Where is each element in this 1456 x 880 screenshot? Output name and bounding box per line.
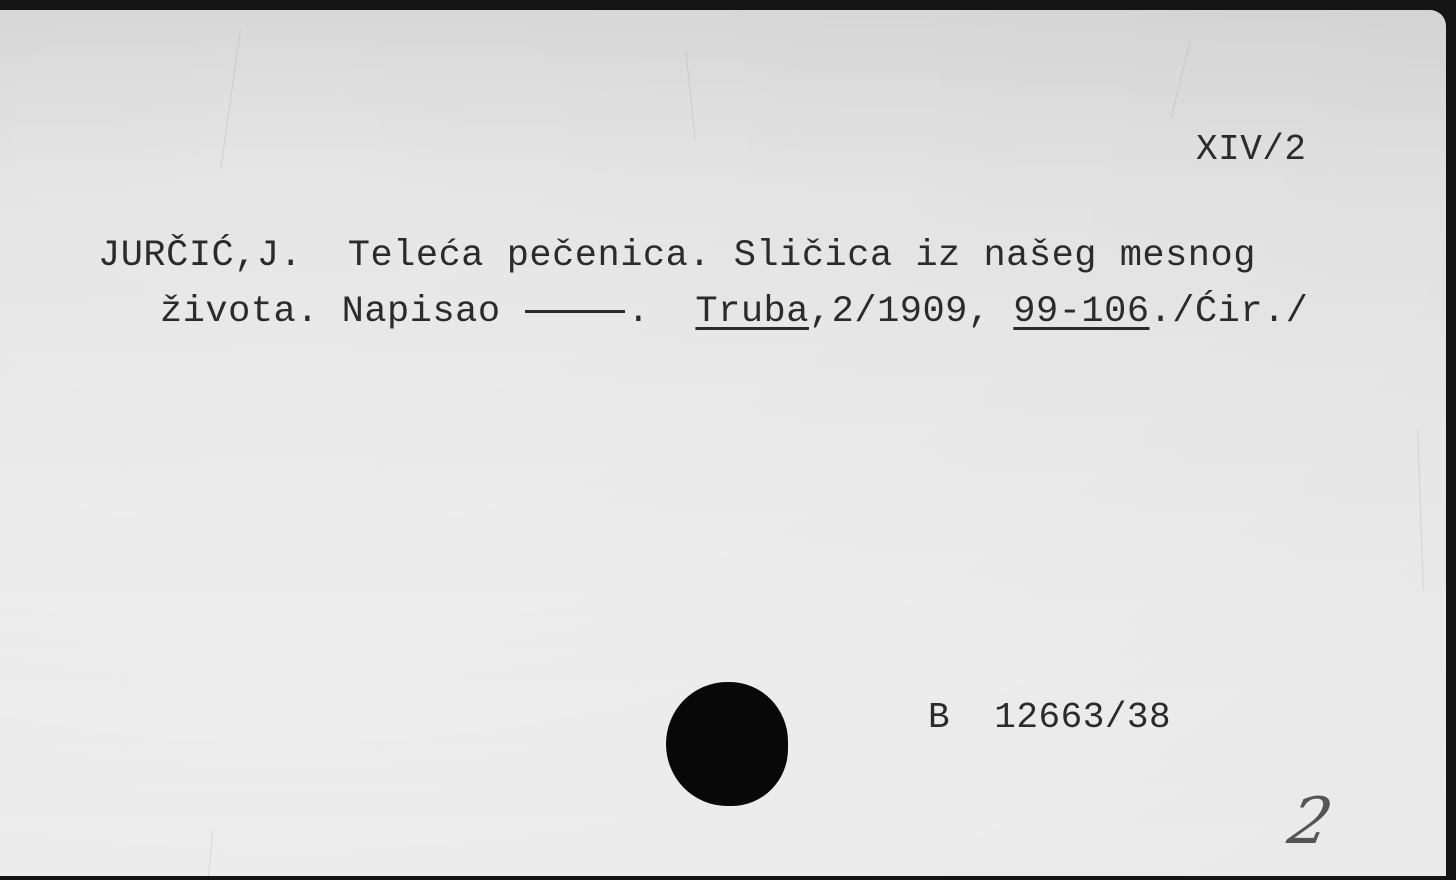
source-issue: ,2/1909, [809,291,1013,333]
entry-title: Teleća pečenica. Sličica iz našeg mesnog [348,235,1256,277]
paper-fiber [208,830,213,876]
entry-title-continued: života. Napisao [160,291,501,333]
paper-fiber [685,50,695,140]
author-repeat-dash [525,310,625,313]
punch-hole [666,682,788,806]
dash-period: . [627,291,650,333]
call-number: B 12663/38 [928,700,1171,736]
paper-fiber [1417,430,1424,590]
handwritten-mark: 2 [1283,790,1337,854]
author-name: JURČIĆ,J. [98,235,302,277]
catalog-card: XIV/2 JURČIĆ,J. Teleća pečenica. Sličica… [0,10,1446,876]
classification-code: XIV/2 [1196,132,1307,168]
entry-line-2: života. Napisao . Truba,2/1909, 99-106./… [160,294,1308,331]
source-note: ./Ćir./ [1150,291,1309,333]
scanned-catalog-card-image: XIV/2 JURČIĆ,J. Teleća pečenica. Sličica… [0,0,1456,880]
entry-line-1: JURČIĆ,J. Teleća pečenica. Sličica iz na… [98,238,1256,275]
source-pages: 99-106 [1013,291,1149,333]
source-journal: Truba [695,291,809,333]
paper-fiber [1170,41,1190,119]
paper-fiber [220,31,240,170]
